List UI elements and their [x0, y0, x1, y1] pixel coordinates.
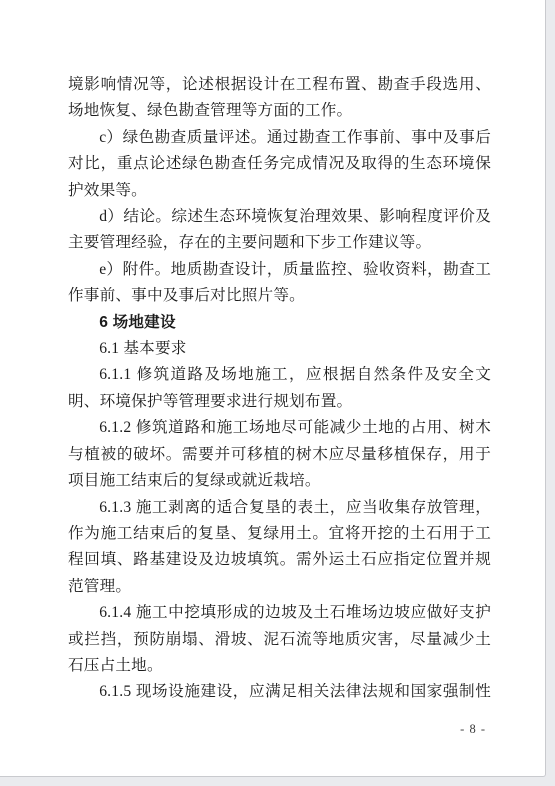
paragraph-6-1-1: 6.1.1 修筑道路及场地施工，应根据自然条件及安全文明、环境保护等管理要求进行…: [68, 362, 491, 415]
document-page: 境影响情况等，论述根据设计在工程布置、勘查手段选用、场地恢复、绿色勘查管理等方面…: [0, 0, 546, 777]
paragraph-item-d: d）结论。综述生态环境恢复治理效果、影响程度评价及主要管理经验，存在的主要问题和…: [68, 204, 491, 257]
subsection-heading-6-1: 6.1 基本要求: [68, 336, 491, 362]
page-footer: - 8 -: [0, 720, 546, 738]
section-heading-6: 6 场地建设: [68, 310, 491, 336]
paragraph-continuation: 境影响情况等，论述根据设计在工程布置、勘查手段选用、场地恢复、绿色勘查管理等方面…: [68, 72, 491, 125]
paragraph-6-1-2: 6.1.2 修筑道路和施工场地尽可能减少土地的占用、树木与植被的破坏。需要并可移…: [68, 415, 491, 494]
paragraph-6-1-4: 6.1.4 施工中挖填形成的边坡及土石堆场边坡应做好支护或拦挡，预防崩塌、滑坡、…: [68, 600, 491, 679]
page-body-text: 境影响情况等，论述根据设计在工程布置、勘查手段选用、场地恢复、绿色勘查管理等方面…: [68, 72, 491, 706]
paragraph-item-e: e）附件。地质勘查设计，质量监控、验收资料，勘查工作事前、事中及事后对比照片等。: [68, 257, 491, 310]
paragraph-6-1-3: 6.1.3 施工剥离的适合复垦的表土，应当收集存放管理，作为施工结束后的复垦、复…: [68, 495, 491, 601]
page-number: - 8 -: [460, 722, 486, 736]
paragraph-item-c: c）绿色勘查质量评述。通过勘查工作事前、事中及事后对比，重点论述绿色勘查任务完成…: [68, 125, 491, 204]
paragraph-6-1-5: 6.1.5 现场设施建设，应满足相关法律法规和国家强制性: [68, 679, 491, 705]
